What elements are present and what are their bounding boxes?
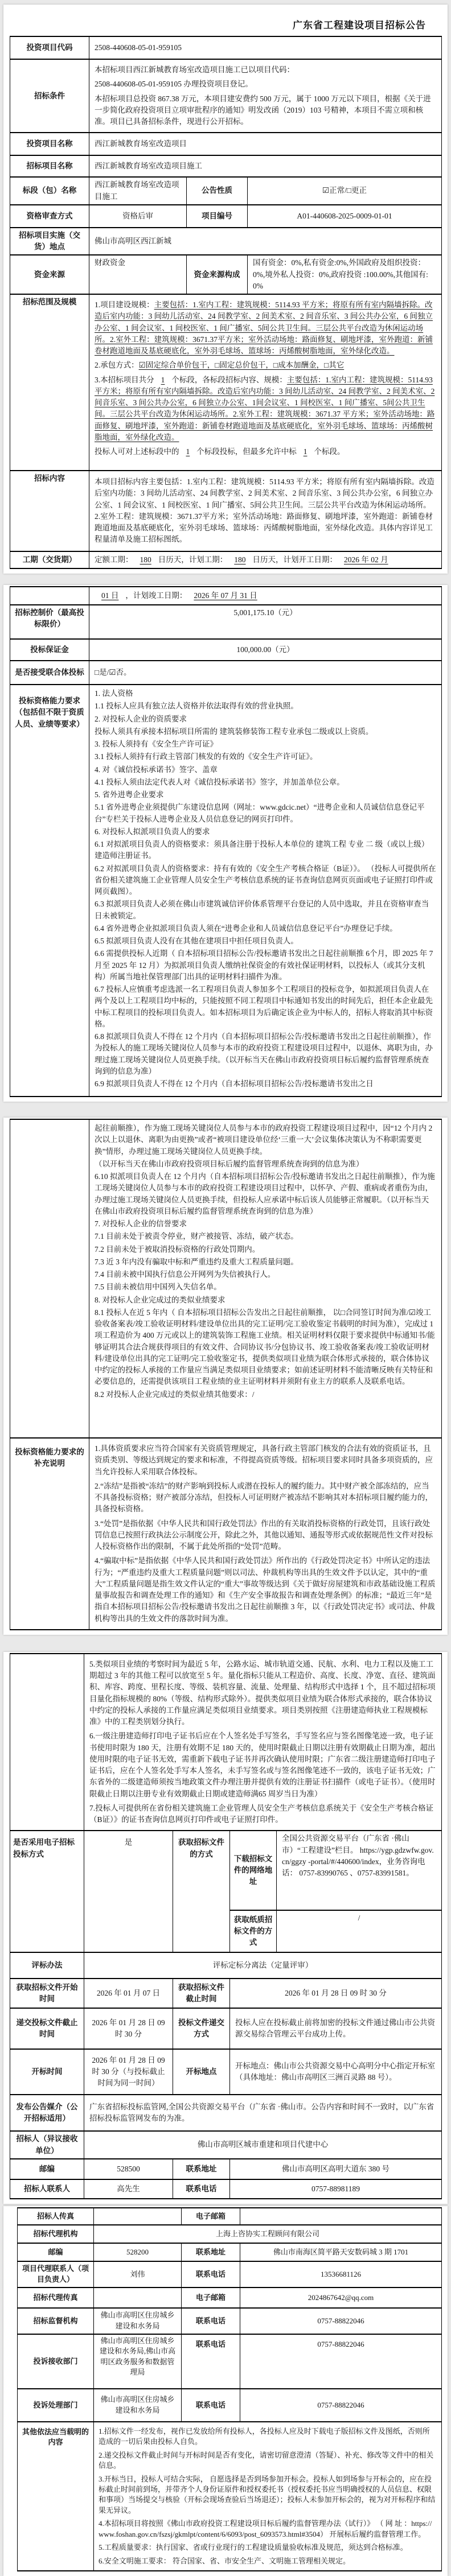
label-obtain-method: 获取招标文件的方式 [173, 1831, 230, 1952]
value-open-place: 开标地点：佛山市公共资源交易中心高明分中心指定开标室（具体地址：佛山市高明区三洲… [230, 2049, 442, 2095]
page-5: 招标人传真 电子邮箱 招标代理机构 上海上咨协实工程顾问有限公司 邮编 5282… [3, 2206, 448, 2576]
para: 3. 投标人须持有《安全生产许可证》 [95, 739, 436, 750]
label-etender: 是否采用电子招标投标方式 [10, 1831, 84, 1952]
row-supervisor: 招标监督机构 佛山市高明区住房城乡建设和水务局 联系电话 0757-888220… [18, 2308, 442, 2334]
row-agency-fax: 招标代理传真 电子邮箱 2024867642@qq.com [18, 2288, 442, 2308]
duration-start-date: 2026 年 02 月 [337, 555, 395, 564]
value-email-1 [240, 2208, 442, 2225]
value-fund-composition: 国有资金：0%,私有资金:0%,外国政府及组织投资：0%,境外私人投资：0%,政… [248, 255, 442, 294]
value-qualification-requirements: 1. 法人资格 1.1 投标人应具有独立法人资格并依法取得有效的营业执照。 2.… [89, 685, 442, 1097]
label-control-price: 招标控制价（最高投标限价） [10, 605, 89, 639]
value-complaint-receive: 佛山市高明区住房城乡建设和水务局,佛山市高明区政务服务和数据管理局 [94, 2334, 182, 2389]
para: 本招标项目西江新城教育场室改造项目施工已以项目代码： [95, 64, 436, 76]
para: 6.9 拟派项目负责人不得在 12 个月内（自本招标项目招标公告/投标邀请书发出… [95, 1078, 436, 1090]
label-duration: 工期（交货期） [10, 551, 89, 568]
row-bid-bond: 投标保证金 100,000.00（元） [10, 639, 442, 661]
page-title: 广东省工程建设项目招标公告 [10, 6, 442, 36]
value-other-content: 1.招标文件一经发布，视作已发放给所有投标人，各投标人应及时下载电子版招标文件及… [94, 2422, 442, 2571]
para: 5. 省外进粤企业要求 [95, 789, 436, 801]
para: 7.2 目前未处于被取消投标资格的行政处罚期内。 [95, 1244, 436, 1255]
duration-days1: 180 [133, 555, 158, 564]
scope-p4-c: 个标段。 [314, 447, 345, 456]
label-email: 电子邮箱 [182, 2288, 240, 2308]
value-contact-address-2: 佛山市南海区简平路天安数码城 3 期 1701 [240, 2243, 442, 2261]
para: 6. 对投标人拟派项目负责人的要求 [95, 826, 436, 838]
row-section-name: 标段（包）名称 西江新城教育场室改造项目施工 公告性质 ☑正常/□更正 [10, 177, 442, 205]
label-submit-deadline: 递交投标文件截止时间 [10, 2008, 84, 2049]
label-scope: 招标范围及规模 [10, 294, 89, 471]
value-media: 广东省招标投标监管网,全国公共资源交易平台（广东省 ·佛山市。公告内容和时间不一… [84, 2095, 442, 2131]
label-contact-phone: 联系电话 [182, 2308, 240, 2334]
value-tender-content: 本项目招标内容主要包括：1.室内工程：建筑规模：5114.93 平方米；将原有所… [89, 471, 442, 551]
row-eval-method: 评标办法 评标定标分离法（定量评审） [10, 1952, 442, 1979]
row-supplementary-continued: 5.类似项目业绩的考察时间为最近 5 年，公路水运、城市轨道交通、民航、水利、电… [10, 1654, 442, 1831]
value-agency: 上海上咨协实工程顾问有限公司 [94, 2225, 442, 2243]
para: 6.8 拟派项目负责人不得在 12 个月内（自本招标项目招标公告/投标邀请书发出… [95, 1031, 436, 1077]
value-paper-method: / [277, 1910, 442, 1952]
row-control-price: 招标控制价（最高投标限价） 5,001,175.10（元） [10, 605, 442, 639]
para: 1.具体资质要求应当符合国家有关资质管理规定，具备行政主管部门核发的合法有效的资… [95, 1443, 436, 1478]
row-location: 招标项目实施（交货）地点 佛山市高明区西江新城 [10, 228, 442, 255]
label-email: 电子邮箱 [182, 2208, 240, 2225]
duration-days2: 180 [227, 555, 252, 564]
label-contact-phone: 联系电话 [182, 2389, 240, 2422]
para: 2508-440608-05-01-959105 办理投资项目登记。 [95, 79, 436, 90]
para: 8.1 投标人在近 5 年内（ 自本招标项目招标公告发出之日起往前顺推， 以□合… [95, 1307, 436, 1388]
label-supervisor: 招标监督机构 [18, 2308, 94, 2334]
value-download-address: 全国公共资源交易平台（广东省 ·佛山 市）“工程建设”栏目。 https://y… [277, 1831, 442, 1910]
row-tenderer: 招标人（异议接收单位） 佛山市高明区城市重建和项目代建中心 [10, 2131, 442, 2159]
label-open-place: 开标地点 [173, 2049, 230, 2095]
label-agency-contact: 项目代理联系人（项目负责人） [18, 2261, 94, 2288]
row-supplementary-notes: 投标资格能力要求的补充说明 1.具体资质要求应当符合国家有关资质管理规定，具备行… [10, 1438, 442, 1630]
para: 5.类似项目业绩的考察时间为最近 5 年，公路水运、城市轨道交通、民航、水利、电… [89, 1659, 436, 1728]
duration-a: 定额工期： [95, 555, 133, 564]
main-table-page1: 投资项目代码 2508-440608-05-01-959105 招标条件 本招标… [10, 36, 442, 569]
label-project-no: 项目编号 [187, 205, 248, 228]
row-tender-content: 招标内容 本项目招标内容主要包括：1.室内工程：建筑规模：5114.93 平方米… [10, 471, 442, 551]
row-tenderer-contact: 招标人联系人 高先生 联系电话 0757-88981189 [10, 2179, 442, 2199]
label-postcode: 邮编 [18, 2243, 94, 2261]
value-supervisor: 佛山市高明区住房城乡建设和水务局 [94, 2308, 182, 2334]
row-qualification-continued: 起往前顺推），作为施工现场关键岗位人员参与本市的政府投资工程建设项目过程中，因“… [10, 1119, 442, 1438]
value-section-name: 西江新城教育场室改造项目施工 [89, 177, 187, 205]
value-obtain-end: 2026 年 01 月 28 日 09 时 30 分 [230, 1979, 442, 2008]
para: 4.1 投标人须由法定代表人对《诚信投标承诺书》签字，并加盖单位公章。 [95, 777, 436, 788]
label-qualification-requirements: 投标资格能力要求（包括但不限于资质人员、业绩等要求） [10, 685, 89, 1097]
value-complaint-handle: 佛山市高明区住房城乡建设和水务局 [94, 2389, 182, 2422]
page-3: 起往前顺推），作为施工现场关键岗位人员参与本市的政府投资工程建设项目过程中，因“… [3, 1118, 448, 1635]
row-etender: 是否采用电子招标投标方式 是 获取招标文件的方式 下载招标文件的网络地址 全国公… [10, 1831, 442, 1910]
value-phone-4: 0757-88822046 [240, 2334, 442, 2389]
row-agency-contact: 项目代理联系人（项目负责人） 刘伟 联系电话 13536681126 [18, 2261, 442, 2288]
para: 6.7 投标人应慎重考虑选派一名工程项目负责人参加多个工程项目的投标竞争，如拟派… [95, 984, 436, 1030]
label-invest-name: 投资项目名称 [10, 133, 89, 155]
label-notice-nature: 公告性质 [187, 177, 248, 205]
row-other-content: 其他依法应当载明的内容 1.招标文件一经发布，视作已发放给所有投标人，各投标人应… [18, 2422, 442, 2571]
value-obtain-start: 2026 年 01 月 07 日 [84, 1979, 173, 2008]
value-invest-name: 西江新城教育场室改造项目 [89, 133, 442, 155]
scope-p1-label: 1.项目建设规模： [95, 300, 154, 309]
value-notice-nature: ☑正常/□更正 [248, 177, 442, 205]
page-5-inner: 招标人传真 电子邮箱 招标代理机构 上海上咨协实工程顾问有限公司 邮编 5282… [10, 2207, 442, 2571]
page-4: 5.类似项目业绩的考察时间为最近 5 年，公路水运、城市轨道交通、民航、水利、电… [3, 1652, 448, 2204]
scope-p2-text: ☑固定综合单价包干，□固定总价包干，□成本加酬金，□其它 [139, 361, 345, 369]
para: 2.承包方式：☑固定综合单价包干，□固定总价包干，□成本加酬金，□其它 [95, 360, 436, 371]
duration-cont-mid: ，计划竣工日期： [125, 591, 187, 600]
para: 3.“处罚”是指依据《中华人民共和国行政处罚法》作出的有关取消投标资格的行政处罚… [95, 1518, 436, 1553]
row-tenderer-postcode: 邮编 528500 联系地址 佛山市高明区高明大道东 380 号 [10, 2159, 442, 2179]
para: 4.“骗取中标”是指依据《中华人民共和国行政处罚法》所作出的《行政处罚决定书》中… [95, 1555, 436, 1625]
label-eval-method: 评标办法 [10, 1952, 84, 1979]
value-fund-source: 财政资金 [89, 255, 187, 294]
value-phone-3: 0757-88822046 [240, 2308, 442, 2334]
label-contact-address: 联系地址 [173, 2159, 230, 2179]
para: 4.本招标项目将按照《佛山市政府投资工程建设项目标后履约监督管理办法（试行）》 … [99, 2519, 437, 2540]
label-complaint-receive: 投诉接收部门 [18, 2334, 94, 2389]
value-tender-name: 西江新城教育场室改造项目施工 [89, 155, 442, 177]
empty-cell [10, 1654, 84, 1831]
duration-end-date: 2026 年 07 月 31 日 [187, 591, 264, 600]
label-invest-code: 投资项目代码 [10, 36, 89, 59]
label-obtain-start: 获取招标文件开始时间 [10, 1979, 84, 2008]
value-email-2: 2024867642@qq.com [240, 2288, 442, 2308]
para: 6.2 对拟派项目负责人的资格要求：持有有效的《安全生产考核合格证（B证）》。 … [95, 863, 436, 898]
value-location: 佛山市高明区西江新城 [89, 228, 442, 255]
row-qualification-requirements: 投标资格能力要求（包括但不限于资质人员、业绩等要求） 1. 法人资格 1.1 投… [10, 685, 442, 1097]
row-tenderer-fax: 招标人传真 电子邮箱 [18, 2208, 442, 2225]
scope-p3-label: 3.本招标项目共分 [95, 376, 154, 384]
scope-p4-a: 投标人可对上述标段中的 [95, 447, 179, 456]
row-agency: 招标代理机构 上海上咨协实工程顾问有限公司 [18, 2225, 442, 2243]
para: 本项目招标内容主要包括：1.室内工程：建筑规模：5114.93 平方米；将原有所… [95, 476, 436, 546]
label-section-name: 标段（包）名称 [10, 177, 89, 205]
para: 6.1 对拟派项目负责人的资格要求：须具备注册于投标人本单位的 建筑工程 专业 … [95, 839, 436, 862]
label-submit-method: 投标文件递交方式 [173, 2008, 230, 2049]
scope-p4-b: 个标段投标，但最多允许中标 [196, 447, 297, 456]
para: 6.安全文明施工要求： 符合国家、省、市安全生产、文明施工管理相关规定。 [99, 2556, 437, 2566]
row-duration-continued: 01 日，计划竣工日期：2026 年 07 月 31 日 [10, 587, 442, 605]
row-media: 发布公告媒介（公开招标适用） 广东省招标投标监管网,全国公共资源交易平台（广东省… [10, 2095, 442, 2131]
main-table-page5: 招标人传真 电子邮箱 招标代理机构 上海上咨协实工程顾问有限公司 邮编 5282… [17, 2207, 442, 2571]
value-supplementary-continued: 5.类似项目业绩的考察时间为最近 5 年，公路水运、城市轨道交通、民航、水利、电… [84, 1654, 442, 1831]
row-qualification-method: 资格审查方式 资格后审 项目编号 A01-440608-2025-0009-01… [10, 205, 442, 228]
value-tenderer-fax [94, 2208, 182, 2225]
label-contact-phone: 联系电话 [173, 2179, 230, 2199]
label-location: 招标项目实施（交货）地点 [10, 228, 89, 255]
page-2: 01 日，计划竣工日期：2026 年 07 月 31 日 招标控制价（最高投标限… [3, 585, 448, 1102]
para: 7.4 目前未被中国执行信息公开网列为失信被执行人。 [95, 1269, 436, 1280]
para: 本招标项目总投资 867.38 万元，本项目建安费约 500 万元，属于 100… [95, 93, 436, 128]
value-tender-condition: 本招标项目西江新城教育场室改造项目施工已以项目代码： 2508-440608-0… [89, 59, 442, 133]
label-fund-source: 资金来源 [10, 255, 89, 294]
para: 5.1 省外进粤企业须提供广东建设信息网（网址：www.gdcic.net）“进… [95, 802, 436, 825]
main-table-page4: 5.类似项目业绩的考察时间为最近 5 年，公路水运、城市轨道交通、民航、水利、电… [10, 1653, 442, 2199]
para: 7.投标人可提供所在省份相关建筑施工企业管理人员安全生产考核信息系统关于《安全生… [89, 1803, 436, 1826]
para: 投标人可对上述标段中的1个标段投标，但最多允许中标1个标段。 [95, 446, 436, 458]
label-complaint-handle: 投诉处理部门 [18, 2389, 94, 2422]
scope-p3-count: 1 [154, 376, 172, 384]
value-supplementary-notes: 1.具体资质要求应当符合国家有关资质管理规定，具备行政主管部门核发的合法有效的资… [89, 1438, 442, 1630]
label-postcode: 邮编 [10, 2159, 84, 2179]
label-contact-phone: 联系电话 [182, 2261, 240, 2288]
label-consortium: 是否接受联合体投标 [10, 661, 89, 685]
label-open-time: 开标时间 [10, 2049, 84, 2095]
para: 5.工程质量要求：执行国家、省或行业现行的工程建设质量验收标准及规范，须达到合格… [99, 2542, 437, 2553]
para: 2.递交投标文件截止时间与开标时间是否有变化，请密切留意澄清（答疑）、补充、修改… [99, 2450, 437, 2471]
para: （以开标当天在佛山市政府投资项目标后履约监督管理系统查询到的信息为准） [95, 1159, 436, 1170]
value-duration-continued: 01 日，计划竣工日期：2026 年 07 月 31 日 [89, 587, 442, 605]
scope-p4-count2: 1 [297, 447, 314, 456]
para: 3.本招标项目共分1个标段，各标段招标内容、规模：主要包括：1.室内工程：建筑规… [95, 374, 436, 444]
label-qualification-method: 资格审查方式 [10, 205, 89, 228]
value-phone-1: 0757-88981189 [230, 2179, 442, 2199]
para: 4. 对《诚信投标承诺书》签字、盖章 [95, 764, 436, 776]
value-open-time: 2026 年 01 月 28 日 09 时 30 分（与投标截止时间为同一时间） [84, 2049, 173, 2095]
row-fund-source: 资金来源 财政资金 资金来源构成 国有资金：0%,私有资金:0%,外国政府及组织… [10, 255, 442, 294]
scope-p3-text: 主要包括：1.室内工程：建筑规模：5114.93 平方米；将原有所有室内隔墙拆除… [95, 376, 434, 442]
para: 8. 对投标人企业完成过的类似业绩要求 [95, 1295, 436, 1306]
value-submit-method: 投标人应在投标截止前将加密的投标文件通过佛山市公共资源交易综合管理云平台成功上传… [230, 2008, 442, 2049]
label-supplementary-notes: 投标资格能力要求的补充说明 [10, 1438, 89, 1630]
value-tenderer: 佛山市高明区城市重建和项目代建中心 [84, 2131, 442, 2159]
para: 3.1 投标人须持有行政主管部门核发的有效的《安全生产许可证》。 [95, 751, 436, 763]
para: 1.招标文件一经发布，视作已发放给所有投标人，各投标人应及时下载电子版招标文件及… [99, 2426, 437, 2447]
value-postcode-2: 528200 [94, 2243, 182, 2261]
value-bid-bond: 100,000.00（元） [89, 639, 442, 661]
label-tenderer-contact: 招标人联系人 [10, 2179, 84, 2199]
document-root: 广东省工程建设项目招标公告 投资项目代码 2508-440608-05-01-9… [0, 0, 451, 2576]
value-project-no: A01-440608-2025-0009-01-01 [248, 205, 442, 228]
row-opening: 开标时间 2026 年 01 月 28 日 09 时 30 分（与投标截止时间为… [10, 2049, 442, 2095]
para: 1.项目建设规模：主要包括：1.室内工程：建筑规模：5114.93 平方米；将原… [95, 299, 436, 357]
label-agency: 招标代理机构 [18, 2225, 94, 2243]
row-invest-name: 投资项目名称 西江新城教育场室改造项目 [10, 133, 442, 155]
para: 6.10 拟派项目负责人在 12 个月内（自本招标项目招标公告/投标邀请书发出之… [95, 1171, 436, 1217]
row-scope: 招标范围及规模 1.项目建设规模：主要包括：1.室内工程：建筑规模：5114.9… [10, 294, 442, 471]
para: 6.5 拟派项目负责人没有在其他在建项目中担任项目负责人。 [95, 935, 436, 947]
row-obtain-time: 获取招标文件开始时间 2026 年 01 月 07 日 获取招标文件截止时间 2… [10, 1979, 442, 2008]
label-tenderer: 招标人（异议接收单位） [10, 2131, 84, 2159]
scope-p3-mid: 个标段，各标段招标内容、规模： [171, 376, 287, 384]
value-postcode-1: 528500 [84, 2159, 173, 2179]
label-tenderer-fax: 招标人传真 [18, 2208, 94, 2225]
para: 起往前顺推），作为施工现场关键岗位人员参与本市的政府投资工程建设项目过程中，因“… [95, 1123, 436, 1157]
value-qualification-method: 资格后审 [89, 205, 187, 228]
value-agency-fax [94, 2288, 182, 2308]
para: 7.3 近 3 年内没有骗取中标和严重违约及重大工程质量问题。 [95, 1256, 436, 1268]
label-tender-name: 招标项目名称 [10, 155, 89, 177]
para: 8.2 对投标人企业完成过的类似业绩其他要求：/ [95, 1389, 436, 1400]
row-complaint-handle: 投诉处理部门 佛山市高明区住房城乡建设和水务局 联系电话 0757-888220… [18, 2389, 442, 2422]
para: 2.“冻结”是指被“冻结”的财产影响到投标人或潜在投标人的履约能力。其中财产被全… [95, 1481, 436, 1515]
main-table-page2: 01 日，计划竣工日期：2026 年 07 月 31 日 招标控制价（最高投标限… [10, 586, 442, 1097]
row-agency-postcode: 邮编 528200 联系地址 佛山市南海区简平路天安数码城 3 期 1701 [18, 2243, 442, 2261]
label-contact-phone: 联系电话 [182, 2334, 240, 2389]
label-fund-composition: 资金来源构成 [187, 255, 248, 294]
para: 投标人须具有承接本招标项目所需的 建筑装修装饰工程专业承包二级或以上资质。 [95, 726, 436, 737]
main-table-page3: 起往前顺推），作为施工现场关键岗位人员参与本市的政府投资工程建设项目过程中，因“… [10, 1119, 442, 1630]
para: 2. 对投标人企业的资质要求 [95, 714, 436, 725]
para: 7.1 目前未处于被责令停业，财产被接管、冻结，破产状态。 [95, 1231, 436, 1242]
para: 3.开标当日，投标人可结合实际， 自愿选择是否到场参加开标会。投标人如到场参与开… [99, 2474, 437, 2516]
label-bid-bond: 投标保证金 [10, 639, 89, 661]
label-tender-condition: 招标条件 [10, 59, 89, 133]
value-phone-2: 13536681126 [240, 2261, 442, 2288]
row-submit-deadline: 递交投标文件截止时间 2026 年 01 月 28 日 09时 30 分 投标文… [10, 2008, 442, 2049]
duration-start-day: 01 日 [95, 591, 125, 600]
value-submit-deadline: 2026 年 01 月 28 日 09时 30 分 [84, 2008, 173, 2049]
page-1: 广东省工程建设项目招标公告 投资项目代码 2508-440608-05-01-9… [3, 5, 448, 574]
label-tender-content: 招标内容 [10, 471, 89, 551]
label-agency-fax: 招标代理传真 [18, 2288, 94, 2308]
row-consortium: 是否接受联合体投标 □是/☑否。 [10, 661, 442, 685]
row-tender-name: 招标项目名称 西江新城教育场室改造项目施工 [10, 155, 442, 177]
para: 7. 对投标人企业的信誉要求 [95, 1218, 436, 1230]
row-tender-condition: 招标条件 本招标项目西江新城教育场室改造项目施工已以项目代码： 2508-440… [10, 59, 442, 133]
value-tenderer-contact: 高先生 [84, 2179, 173, 2199]
para: 7.5 目前未被信用中国列入失信名单。 [95, 1281, 436, 1293]
label-other-content: 其他依法应当载明的内容 [18, 2422, 94, 2571]
row-duration: 工期（交货期） 定额工期：180日历天，计划工期：180日历天，计划开工日期：2… [10, 551, 442, 568]
label-paper-method: 获取纸质招标文件的方式 [230, 1910, 277, 1952]
label-obtain-end: 获取招标文件截止时间 [173, 1979, 230, 2008]
value-scope: 1.项目建设规模：主要包括：1.室内工程：建筑规模：5114.93 平方米；将原… [89, 294, 442, 471]
value-consortium: □是/☑否。 [89, 661, 442, 685]
scope-p2-label: 2.承包方式： [95, 361, 139, 369]
empty-cell [10, 1119, 89, 1438]
value-qualification-continued: 起往前顺推），作为施工现场关键岗位人员参与本市的政府投资工程建设项目过程中，因“… [89, 1119, 442, 1438]
value-contact-address-1: 佛山市高明区高明大道东 380 号 [230, 2159, 442, 2179]
value-invest-code: 2508-440608-05-01-959105 [89, 36, 442, 59]
para: 6.3 拟派项目负责人必须在佛山市建筑诚信评价体系管理平台登记的人员中选取，并且… [95, 898, 436, 922]
row-complaint-receive: 投诉接收部门 佛山市高明区住房城乡建设和水务局,佛山市高明区政务服务和数据管理局… [18, 2334, 442, 2389]
para: 6.6 需提供投标人近期（ 自本招标项目招标公告/投标邀请书发出之日起往前顺推 … [95, 948, 436, 983]
empty-cell [10, 587, 89, 605]
para: 6.一级注册建造师打印电子证书后应在个人签名处手写签名，手写签名应与签名图像笔迹… [89, 1730, 436, 1800]
para: 1.1 投标人应具有独立法人资格并依法取得有效的营业执照。 [95, 700, 436, 712]
duration-c: 日历天，计划工期： [158, 555, 228, 564]
value-phone-5: 0757-88822046 [240, 2389, 442, 2422]
para: 6.4 省外进粤企业拟派项目负责人须在“进粤企业和人员诚信信息登记平台”办理登记… [95, 923, 436, 934]
para: 1. 法人资格 [95, 688, 436, 699]
label-media: 发布公告媒介（公开招标适用） [10, 2095, 84, 2131]
value-agency-contact: 刘伟 [94, 2261, 182, 2288]
value-duration: 定额工期：180日历天，计划工期：180日历天，计划开工日期：2026 年 02… [89, 551, 442, 568]
value-control-price: 5,001,175.10（元） [89, 605, 442, 639]
label-download-address: 下载招标文件的网络地址 [230, 1831, 277, 1910]
scope-p4-count1: 1 [179, 447, 197, 456]
label-contact-address: 联系地址 [182, 2243, 240, 2261]
row-invest-code: 投资项目代码 2508-440608-05-01-959105 [10, 36, 442, 59]
value-etender-flag: 是 [84, 1831, 173, 1952]
duration-e: 日历天，计划开工日期： [253, 555, 338, 564]
value-eval-method: 评标定标分离法（定量评审） [84, 1952, 442, 1979]
